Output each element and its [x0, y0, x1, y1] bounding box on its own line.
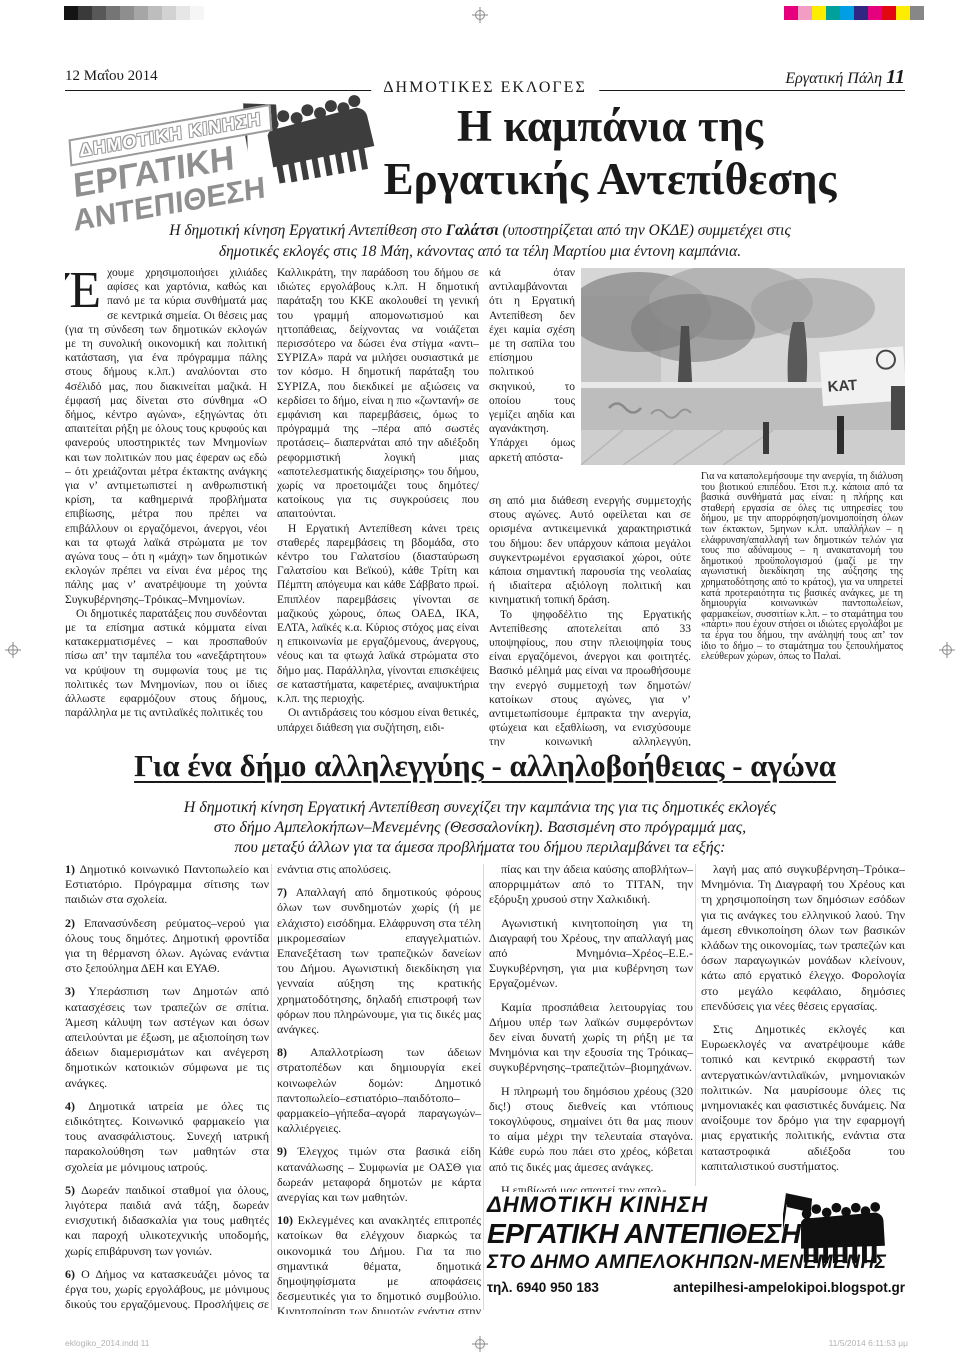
ad-blog-url: antepilhesi-ampelokipoi.blogspot.gr: [673, 1280, 905, 1295]
section-lede-line3: που μεταξύ άλλων για τα άμεσα προβλήματα…: [100, 838, 860, 858]
program-item: 9)Έλεγχος τιμών στα βασικά είδη κατανάλω…: [277, 1144, 481, 1205]
body-paragraph: ση από μια διάθεση ενεργής συμμετοχής στ…: [489, 494, 691, 608]
program-paragraph: λαγή μας από συγκυβέρνηση–Τρόικα–Μνημόνι…: [701, 862, 905, 1014]
section-heading: Για ένα δήμο αλληλεγγύης - αλληλοβοήθεια…: [65, 748, 905, 784]
drop-cap: Έ: [65, 266, 107, 313]
lede-bold-text: Γαλάτσι: [446, 222, 499, 239]
street-scene-image: ΚΑΤ: [581, 268, 905, 465]
calibration-swatch: [134, 6, 148, 20]
program-item: 10)Εκλεγμένες και ανακλητές επιτροπές κα…: [277, 1213, 481, 1314]
registration-mark-icon: [939, 642, 955, 658]
calibration-swatch: [868, 6, 882, 20]
section-lede-line2: στο δήμο Αμπελοκήπων–Μενεμένης (Θεσσαλον…: [100, 818, 860, 838]
program-item: 1)Δημοτικό κοινωνικό Παντοπωλείο και Εστ…: [65, 862, 269, 908]
lede-text: Η δημοτική κίνηση Εργατική Αντεπίθεση στ…: [169, 222, 446, 239]
article-title-line1: Η καμπάνια της: [330, 100, 890, 153]
calibration-swatch: [64, 6, 78, 20]
program-paragraph: πίας και την άδεια καύσης αποβλήτων–απορ…: [489, 862, 693, 908]
issue-date: 12 Μαΐου 2014: [65, 68, 158, 85]
section-lede-line1: Η δημοτική κίνηση Εργατική Αντεπίθεση συ…: [100, 798, 860, 818]
program-item: 3)Υπεράσπιση των Δημοτών από κατασχέσεις…: [65, 984, 269, 1090]
registration-mark-icon: [472, 7, 488, 23]
program-item: 2)Επανασύνδεση ρεύματος–νερού για όλους …: [65, 916, 269, 977]
newspaper-page: 12 Μαΐου 2014 ΔΗΜΟΤΙΚΕΣ ΕΚΛΟΓΕΣ Εργατική…: [0, 0, 960, 1367]
ad-contact-row: τηλ. 6940 950 183 antepilhesi-ampelokipo…: [487, 1280, 905, 1295]
crowd-silhouette-icon: [783, 1186, 887, 1264]
body-paragraph: Καλλικράτη, την παράδοση του δήμου σε ιδ…: [277, 266, 479, 522]
calibration-swatch: [106, 6, 120, 20]
program-item: 6)Ο Δήμος να κατασκευάζει μόνος τα έργα …: [65, 1267, 269, 1314]
calibration-swatch: [896, 6, 910, 20]
body-paragraph: Η Εργατική Αντεπίθεση κάνει τρεις σταθερ…: [277, 522, 479, 707]
section-lede: Η δημοτική κίνηση Εργατική Αντεπίθεση συ…: [100, 798, 860, 858]
program-paragraph: Καμία προσπάθεια λειτουργίας του Δήμου υ…: [489, 1000, 693, 1076]
grayscale-calibration-bar: [64, 6, 204, 20]
body-paragraph: Το ψηφοδέλτιο της Εργατικής Αντεπίθεσης …: [489, 608, 691, 746]
prepress-filename: eklogiko_2014.indd 11: [65, 1338, 149, 1348]
body-paragraph: Οι αντιδράσεις του κόσμου είναι θετικές,…: [277, 706, 479, 734]
article-title: Η καμπάνια της Εργατικής Αντεπίθεσης: [330, 100, 890, 206]
program-paragraph: Η πληρωμή του δημόσιου χρέους (320 δις!)…: [489, 1084, 693, 1175]
calibration-swatch: [812, 6, 826, 20]
program-paragraph: Στις Δημοτικές εκλογές και Ευρωεκλογές ν…: [701, 1022, 905, 1174]
column-divider: [271, 864, 272, 1310]
ad-phone: τηλ. 6940 950 183: [487, 1280, 599, 1295]
registration-mark-icon: [472, 1336, 488, 1352]
program-column-1: 1)Δημοτικό κοινωνικό Παντοπωλείο και Εστ…: [65, 862, 269, 1314]
publication-name: Εργατική Πάλη11: [785, 66, 905, 89]
column-divider: [695, 864, 696, 1186]
calibration-swatch: [784, 6, 798, 20]
program-item: 7)Απαλλαγή από δημοτικούς φόρους όλων τω…: [277, 885, 481, 1037]
registration-mark-icon: [5, 642, 21, 658]
program-item: 4)Δημοτικά ιατρεία με όλες τις ειδικότητ…: [65, 1099, 269, 1175]
publication-title: Εργατική Πάλη: [785, 70, 882, 87]
calibration-swatch: [190, 6, 204, 20]
campaign-ad: ΔΗΜΟΤΙΚΗ ΚΙΝΗΣΗ ΕΡΓΑΤΙΚΗ ΑΝΤΕΠΙΘΕΣΗ ΣΤΟ …: [487, 1192, 905, 1295]
calibration-swatch: [120, 6, 134, 20]
body-paragraph: Για να καταπολεμήσουμε την ανεργία, τη δ…: [701, 472, 903, 663]
article-column-2: Καλλικράτη, την παράδοση του δήμου σε ιδ…: [277, 266, 479, 746]
article-title-line2: Εργατικής Αντεπίθεσης: [330, 153, 890, 206]
banner-text: ΚΑΤ: [827, 377, 858, 396]
program-item: 5)Δωρεάν παιδικοί σταθμοί για όλους, λιγ…: [65, 1183, 269, 1259]
body-paragraph: Έχουμε χρησιμοποιήσει χιλιάδες αφίσες κα…: [65, 266, 267, 607]
column-divider: [483, 864, 484, 1310]
program-paragraph: Αγωνιστική κινητοποίηση για τη Διαγραφή …: [489, 916, 693, 992]
calibration-swatch: [176, 6, 190, 20]
calibration-swatch: [882, 6, 896, 20]
calibration-swatch: [92, 6, 106, 20]
calibration-swatch: [854, 6, 868, 20]
prepress-timestamp: 11/5/2014 6:11:53 μμ: [829, 1338, 908, 1348]
body-paragraph: κά όταν αντιλαμβάνονται ότι η Εργατική Α…: [489, 266, 575, 494]
calibration-swatch: [162, 6, 176, 20]
calibration-swatch: [910, 6, 924, 20]
calibration-swatch: [840, 6, 854, 20]
article-body: Έχουμε χρησιμοποιήσει χιλιάδες αφίσες κα…: [65, 266, 905, 746]
program-item: ενάντια στις απολύσεις.: [277, 862, 481, 877]
campaign-photo: ΚΑΤ: [581, 268, 905, 465]
program-item: 8)Απαλλοτρίωση των άδειων στρατοπέδων κα…: [277, 1045, 481, 1136]
color-calibration-bar: [784, 6, 924, 20]
calibration-swatch: [826, 6, 840, 20]
calibration-swatch: [78, 6, 92, 20]
calibration-swatch: [148, 6, 162, 20]
page-number: 11: [882, 66, 905, 88]
program-column-2: ενάντια στις απολύσεις.7)Απαλλαγή από δη…: [277, 862, 481, 1314]
article-lede: Η δημοτική κίνηση Εργατική Αντεπίθεση στ…: [140, 220, 820, 262]
page-header: 12 Μαΐου 2014 ΔΗΜΟΤΙΚΕΣ ΕΚΛΟΓΕΣ Εργατική…: [65, 64, 905, 98]
section-label: ΔΗΜΟΤΙΚΕΣ ΕΚΛΟΓΕΣ: [371, 79, 599, 97]
article-column-1: Έχουμε χρησιμοποιήσει χιλιάδες αφίσες κα…: [65, 266, 267, 746]
body-paragraph: Οι δημοτικές παρατάξεις που συνδέονται μ…: [65, 607, 267, 721]
calibration-swatch: [798, 6, 812, 20]
